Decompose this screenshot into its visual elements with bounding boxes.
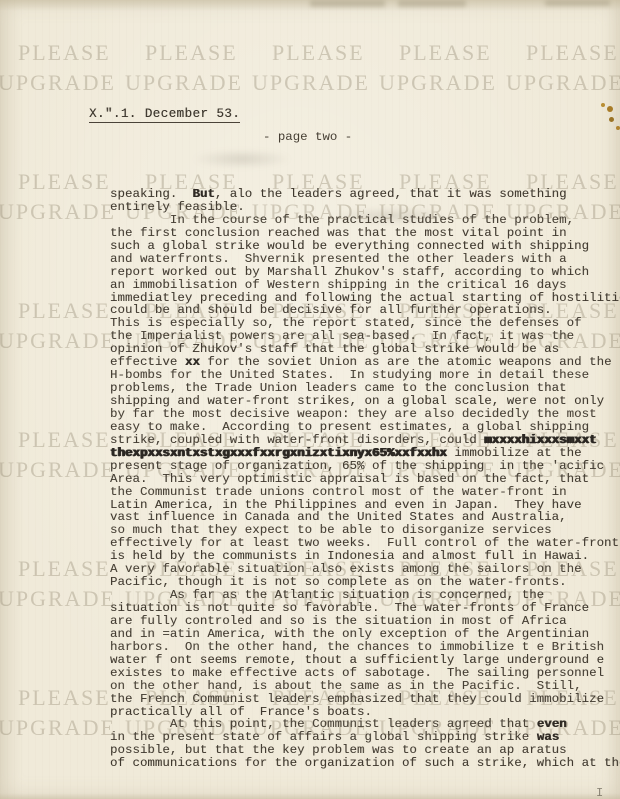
body-text: shipping and water-front strikes, on a g… — [110, 394, 604, 408]
body-text: the French Communist leaders emphasized … — [110, 692, 604, 706]
body-text: the first conclusion reached was that th… — [110, 226, 567, 240]
body-text: on the other hand, is about the same as … — [110, 679, 582, 693]
body-text: existes to make effective acts of sabota… — [110, 666, 604, 680]
ink-speck — [616, 126, 620, 130]
overtyped-text: xx — [185, 355, 200, 369]
body-text: problems, the Trade Union leaders came t… — [110, 381, 567, 395]
body-text: is held by the communists in Indonesia a… — [110, 549, 589, 563]
body-text: effectively for at least two weeks. Full… — [110, 536, 619, 550]
body-text: in the present state of affairs a global… — [110, 730, 537, 744]
body-text: strike, coupled with water-front disorde… — [110, 433, 484, 447]
body-text: immobilize at the — [447, 446, 582, 460]
body-text: effective — [110, 355, 185, 369]
body-text: H-bombs for the United States. In studyi… — [110, 368, 589, 382]
body-text: This is especially so, the report stated… — [110, 316, 582, 330]
body-text: opinion of Zhukov's staff that the globa… — [110, 342, 559, 356]
body-text: an immobilisation of Western shipping in… — [110, 278, 567, 292]
body-text: vast influence in Canada and the United … — [110, 510, 567, 524]
body-text: by far the most decisive weapon: they ar… — [110, 407, 597, 421]
body-text: situation is not quite so favorable. The… — [110, 601, 589, 615]
body-text: and in =atin America, with the only exce… — [110, 627, 589, 641]
ink-speck — [601, 103, 605, 107]
overtyped-text: even — [537, 717, 567, 731]
body-text: so much that they expect to be able to d… — [110, 523, 552, 537]
ink-speck — [607, 106, 613, 112]
body-text: Latin America, in the Philippines and ev… — [110, 498, 582, 512]
overtyped-text: But — [192, 187, 214, 201]
struck-out-text: mxxxxhixxxsmxxt — [484, 433, 596, 447]
body-text: of communications for the organization o… — [110, 756, 620, 770]
body-text: and waterfronts. Shvernik presented the … — [110, 252, 567, 266]
document-content: X.".1. December 53. - page two - speakin… — [0, 0, 620, 799]
body-text: Pacific, though it is not so complete as… — [110, 575, 567, 589]
struck-out-text: thexpxxsxntxstxgxxxfxxrgxnizxtixnyx65%xx… — [110, 446, 447, 460]
body-text: entirely feasible. — [110, 200, 245, 214]
body-text: In the course of the practical studies o… — [110, 213, 574, 227]
body-text: speaking. — [110, 187, 192, 201]
document-reference: X.".1. December 53. — [89, 107, 240, 123]
body-text: are fully controled and so is the situat… — [110, 614, 567, 628]
body-text: At this point, the Communist leaders agr… — [110, 717, 537, 731]
ink-speck — [609, 117, 614, 122]
body-text: for the soviet Union as are the atomic w… — [200, 355, 612, 369]
body-text: the Communist trade unions control most … — [110, 485, 567, 499]
body-text: the Imperialist powers are all sea-based… — [110, 329, 574, 343]
body-text: present stage of organization, 65% of th… — [110, 459, 604, 473]
body-text: Area. This very optimistic appraisal is … — [110, 472, 589, 486]
body-text: practically all of France's boats. — [110, 705, 372, 719]
body-text: could be and should be decisive for all … — [110, 303, 552, 317]
body-text: such a global strike would be everything… — [110, 239, 589, 253]
body-text: , alo the leaders agreed, that it was so… — [215, 187, 567, 201]
scanned-document-page: PLEASEUPGRADEPLEASEUPGRADEPLEASEUPGRADEP… — [0, 0, 620, 799]
body-text: As far as the Atlantic situation is conc… — [110, 588, 544, 602]
body-text: easy to make. According to present estim… — [110, 420, 589, 434]
body-text: report worked out by Marshall Zhukov's s… — [110, 265, 589, 279]
page-number-label: - page two - — [263, 130, 352, 144]
typewritten-body: speaking. But, alo the leaders agreed, t… — [110, 188, 620, 770]
body-text: A very favorable situation also exists a… — [110, 562, 582, 576]
body-line: of communications for the organization o… — [110, 757, 620, 770]
overtyped-text: was — [537, 730, 559, 744]
body-text: immediatley preceding and following the … — [110, 291, 620, 305]
body-text: water f ont seems remote, thout a suffic… — [110, 653, 604, 667]
body-text: harbors. On the other hand, the chances … — [110, 640, 604, 654]
body-text: possible, but that the key problem was t… — [110, 743, 567, 757]
